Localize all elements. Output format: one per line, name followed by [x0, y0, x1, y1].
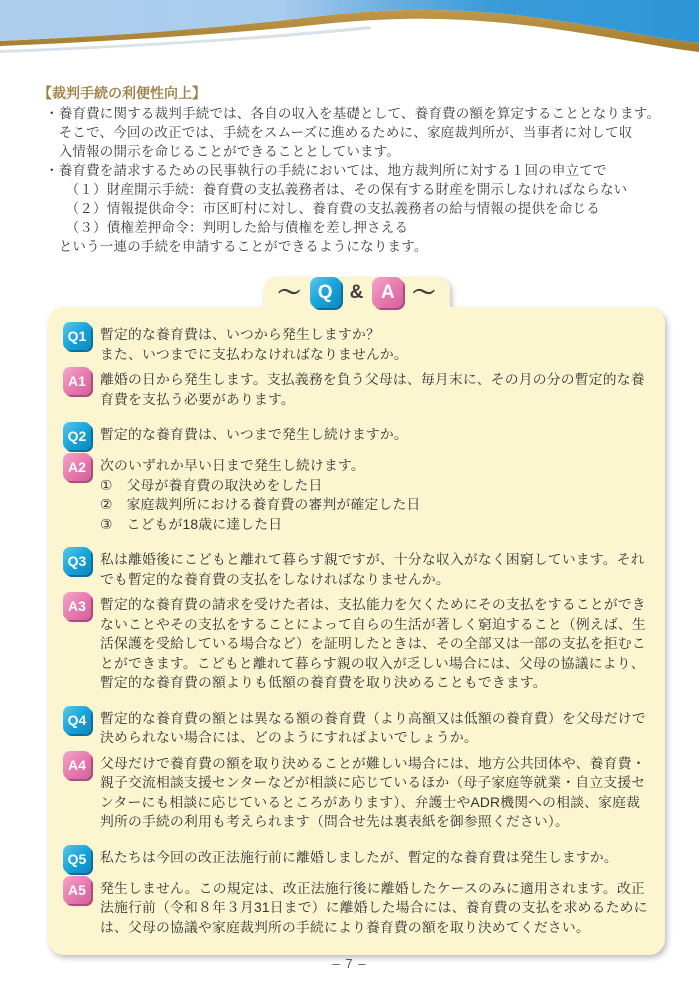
qa-box: Q1 暫定的な養育費は、いつから発生しますか？ また、いつまでに支払わなければな… [48, 307, 665, 955]
answer-row-5: A5 発生しません。この規定は、改正法施行後に離婚したケースのみに適用されます。… [63, 876, 649, 938]
answer-row-3: A3 暫定的な養育費の請求を受けた者は、支払能力を欠くためにその支払をすることが… [63, 592, 649, 693]
qa-title-tilde-right: ～ [412, 281, 435, 304]
a5-badge-icon: A5 [63, 876, 91, 904]
paragraph-court-procedure: ・養育費に関する裁判手続では、各自の収入を基礎として、養育費の額を算定することと… [38, 104, 672, 161]
section-title: 【裁判手続の利便性向上】 [38, 84, 672, 103]
question-3-text: 私は離婚後にこどもと離れて暮らす親ですが、十分な収入がなく困窮しています。それで… [100, 547, 649, 589]
document-page: 【裁判手続の利便性向上】 ・養育費に関する裁判手続では、各自の収入を基礎として、… [0, 0, 699, 991]
q1-badge-icon: Q1 [63, 322, 91, 350]
qa-section: ～ Q & A ～ Q1 暫定的な養育費は、いつから発生しますか？ また、いつま… [48, 277, 665, 955]
page-content: 【裁判手続の利便性向上】 ・養育費に関する裁判手続では、各自の収入を基礎として、… [0, 58, 699, 955]
a4-badge-icon: A4 [63, 751, 91, 779]
answer-1-text: 離婚の日から発生します。支払義務を負う父母は、毎月末に、その月の分の暫定的な養育… [100, 367, 649, 409]
question-2-text: 暫定的な養育費は、いつまで発生し続けますか。 [100, 422, 649, 445]
qa-title-tilde-left: ～ [278, 281, 301, 304]
answer-3-text: 暫定的な養育費の請求を受けた者は、支払能力を欠くためにその支払をすることができな… [100, 592, 649, 693]
qa-title-ampersand: & [350, 283, 364, 302]
page-number: – 7 – [0, 956, 699, 971]
qa-tab: ～ Q & A ～ [264, 277, 450, 308]
answer-row-1: A1 離婚の日から発生します。支払義務を負う父母は、毎月末に、その月の分の暫定的… [63, 367, 649, 409]
answer-row-4: A4 父母だけで養育費の額を取り決めることが難しい場合には、地方公共団体や、養育… [63, 751, 649, 832]
question-row-1: Q1 暫定的な養育費は、いつから発生しますか？ また、いつまでに支払わなければな… [63, 322, 649, 364]
paragraph-civil-execution: ・養育費を請求するための民事執行の手続においては、地方裁判所に対する１回の申立て… [38, 161, 672, 256]
question-1-text: 暫定的な養育費は、いつから発生しますか？ また、いつまでに支払わなければなりませ… [100, 322, 649, 364]
question-row-5: Q5 私たちは今回の改正法施行前に離婚しましたが、暫定的な養育費は発生しますか。 [63, 845, 649, 873]
a-icon: A [372, 277, 403, 308]
question-5-text: 私たちは今回の改正法施行前に離婚しましたが、暫定的な養育費は発生しますか。 [100, 845, 649, 868]
question-4-text: 暫定的な養育費の額とは異なる額の養育費（より高額又は低額の養育費）を父母だけで決… [100, 706, 649, 748]
a1-badge-icon: A1 [63, 367, 91, 395]
question-row-3: Q3 私は離婚後にこどもと離れて暮らす親ですが、十分な収入がなく困窮しています。… [63, 547, 649, 589]
q3-badge-icon: Q3 [63, 547, 91, 575]
question-row-2: Q2 暫定的な養育費は、いつまで発生し続けますか。 [63, 422, 649, 450]
q-icon: Q [310, 277, 341, 308]
q4-badge-icon: Q4 [63, 706, 91, 734]
question-row-4: Q4 暫定的な養育費の額とは異なる額の養育費（より高額又は低額の養育費）を父母だ… [63, 706, 649, 748]
q2-badge-icon: Q2 [63, 422, 91, 450]
answer-row-2: A2 次のいずれか早い日まで発生し続けます。 ① 父母が養育費の取決めをした日 … [63, 453, 649, 534]
header-decoration [0, 0, 699, 58]
answer-2-text: 次のいずれか早い日まで発生し続けます。 ① 父母が養育費の取決めをした日 ② 家… [100, 453, 649, 534]
a2-badge-icon: A2 [63, 453, 91, 481]
answer-5-text: 発生しません。この規定は、改正法施行後に離婚したケースのみに適用されます。改正法… [100, 876, 649, 938]
answer-4-text: 父母だけで養育費の額を取り決めることが難しい場合には、地方公共団体や、養育費・親… [100, 751, 649, 832]
a3-badge-icon: A3 [63, 592, 91, 620]
q5-badge-icon: Q5 [63, 845, 91, 873]
